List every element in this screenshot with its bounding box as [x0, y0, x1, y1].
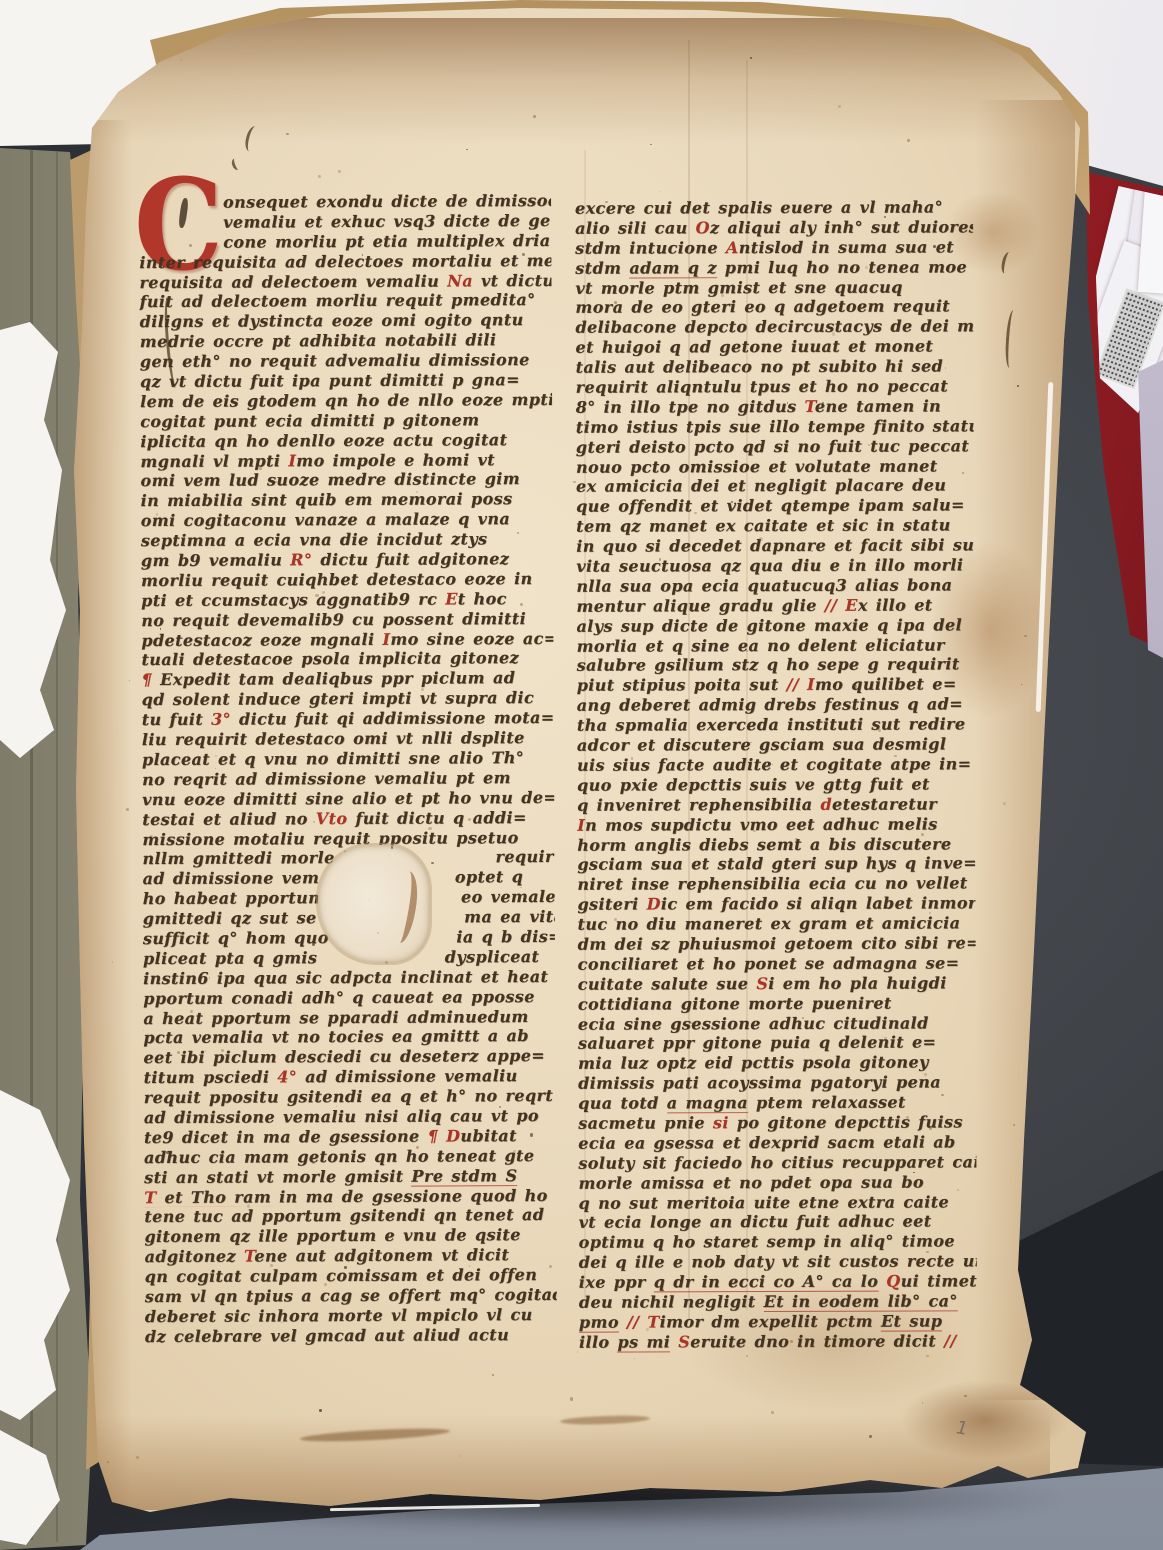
manuscript-line: liu requirit detestaco omi vt nlli dspli… [142, 728, 554, 750]
manuscript-line: requisita ad delectoem vemaliu Na vt dic… [139, 270, 551, 292]
foxing-speckle [421, 688, 424, 691]
manuscript-line: missione motaliu requit ppositu psetuo [142, 827, 554, 849]
foxing-speckle [401, 693, 404, 696]
manuscript-line: inter requisita ad delectoes mortaliu et… [139, 251, 551, 273]
foxing-speckle [921, 1205, 924, 1208]
manuscript-line: pportum conadi adh° q caueat ea pposse [143, 987, 555, 1009]
foxing-speckle [795, 838, 798, 841]
patch-brown-streak [387, 870, 422, 945]
manuscript-line: excere cui det spalis euere a vl maha° [575, 197, 973, 218]
foxing-speckle [941, 1094, 943, 1096]
manuscript-line: pmo // Timor dm expellit pctm Et sup [579, 1311, 977, 1332]
manuscript-line: qz vt dictu fuit ipa punt dimitti p gna= [140, 370, 552, 392]
manuscript-line: iplicita qn ho denllo eoze actu cogitat [140, 430, 552, 452]
manuscript-line: tha spmalia exerceda instituti sut redir… [577, 714, 975, 735]
manuscript-line: deu nichil negligit Et in eodem lib° ca° [579, 1291, 977, 1312]
foxing-speckle [921, 833, 924, 836]
foxing-speckle [166, 1151, 169, 1154]
manuscript-line: tem qz manet ex caitate et sic in statu [576, 516, 974, 537]
foxing-speckle [573, 481, 576, 484]
manuscript-line: cogitat punt ecia dimitti p gitonem [140, 410, 552, 432]
foxing-speckle [933, 245, 936, 248]
manuscript-line: niret inse rephensibilia ecia cu no vell… [577, 874, 975, 895]
manuscript-line: stdm adam q z pmi luq ho no tenea moe [575, 257, 973, 278]
manuscript-line: horm anglis diebs semt a bis discutere [577, 834, 975, 855]
foxing-speckle [530, 1133, 533, 1136]
foxing-speckle [425, 338, 428, 341]
foxing-speckle [679, 1159, 680, 1160]
manuscript-line: mgnali vl mpti Imo impole e homi vt [140, 450, 552, 472]
manuscript-line: lem de eis gtodem qn ho de nllo eoze mpt… [140, 390, 552, 412]
manuscript-line: morle amissa et no pdet opa sua bo [578, 1172, 976, 1193]
foxing-speckle [344, 1266, 347, 1269]
manuscript-line: salubre gsilium stz q ho sepe g requirit [577, 655, 975, 676]
manuscript-line: instin6 ipa qua sic adpcta inclinat et h… [143, 967, 555, 989]
manuscript-line: tu fuit 3° dictu fuit qi addimissione mo… [142, 708, 554, 730]
foxing-speckle [497, 242, 500, 245]
foxing-speckle [929, 1127, 932, 1130]
foxing-speckle [650, 144, 651, 145]
manuscript-line: deberet sic inhora morte vl mpiclo vl cu [145, 1305, 557, 1327]
manuscript-line: medrie occre pt adhibita notabili dili [140, 330, 552, 352]
foxing-speckle [416, 491, 417, 492]
foxing-speckle [457, 877, 460, 880]
foxing-speckle [428, 827, 431, 830]
manuscript-line: placeat et q vnu no dimitti sne alio Th° [142, 748, 554, 770]
manuscript-line: vt morle ptm gmist et sne quacuq [575, 277, 973, 298]
ink-squiggle [1000, 251, 1014, 275]
foxing-speckle [469, 1265, 470, 1266]
foxing-speckle [259, 467, 262, 470]
foxing-speckle [362, 254, 364, 256]
foxing-speckle [313, 821, 315, 823]
foxing-speckle [961, 939, 963, 941]
manuscript-line: diligns et dystincta eoze omi ogito qntu [140, 310, 552, 332]
foxing-speckle [926, 1355, 928, 1357]
manuscript-line: 8° in illo tpe no gitdus Tene tamen in [576, 396, 974, 417]
manuscript-line: alio sili cau Oz aliqui aly inh° sut dui… [575, 217, 973, 238]
manuscript-line: conciliaret et ho ponet se admagna se= [578, 953, 976, 974]
manuscript-line: T et Tho ram in ma de gsessione quod ho [144, 1185, 556, 1207]
foxing-speckle [869, 1435, 872, 1438]
manuscript-line: tuali detestacoe psola implicita gitonez [141, 648, 553, 670]
manuscript-line: pcta vemalia vt no tocies ea gmittt a ab [143, 1026, 555, 1048]
foxing-speckle [513, 1150, 516, 1153]
manuscript-line: morliu requit cuiqhbet detestaco eoze in [141, 569, 553, 591]
foxing-speckle [522, 1121, 523, 1122]
manuscript-line: ex amicicia dei et negligit placare deu [576, 476, 974, 497]
text-column-left: onsequet exondu dicte de dimissoevemaliu… [139, 191, 557, 1347]
foxing-speckle [1003, 802, 1006, 805]
manuscript-line: cuitate salute sue Si em ho pla huigdi [578, 973, 976, 994]
foxing-speckle [338, 170, 340, 172]
manuscript-line: vemaliu et exhuc vsq3 dicte de ge= [139, 211, 551, 233]
foxing-speckle [894, 755, 897, 758]
foxing-speckle [312, 1161, 315, 1164]
foxing-speckle [319, 1409, 322, 1412]
manuscript-line: mia luz optz eid pcttis psola gitoney [578, 1053, 976, 1074]
foxing-speckle [209, 977, 210, 978]
foxing-speckle [750, 57, 752, 59]
foxing-speckle [143, 1030, 144, 1031]
foxing-speckle [833, 467, 836, 470]
manuscript-line: no requit devemalib9 cu possent dimitti [141, 609, 553, 631]
manuscript-line: adcor et discutere gsciam sua desmigl [577, 734, 975, 755]
foxing-speckle [533, 115, 536, 118]
manuscript-line: qn cogitat culpam comissam et dei offen [145, 1265, 557, 1287]
manuscript-line: et huigoi q ad getone iuuat et monet [575, 337, 973, 358]
photo-scene: C onsequet exondu dicte de dimissoevemal… [0, 0, 1163, 1550]
manuscript-line: requirit aliqntulu tpus et ho no peccat [576, 376, 974, 397]
foxing-speckle [336, 1106, 337, 1107]
manuscript-line: vt ecia longe an dictu fuit adhuc eet [579, 1212, 977, 1233]
foxing-speckle [126, 808, 129, 811]
manuscript-line: in miabilia sint quib em memorai poss [141, 489, 553, 511]
manuscript-line: tene tuc ad pportum gsitendi qn tenet ad [144, 1205, 556, 1227]
manuscript-line: te9 dicet in ma de gsessione ¶ Dubitat [144, 1126, 556, 1148]
manuscript-line: cottidiana gitone morte pueniret [578, 993, 976, 1014]
manuscript-line: soluty sit faciedo ho citius recupparet … [578, 1152, 976, 1173]
manuscript-line: ecia ea gsessa et dexprid sacm etali ab [578, 1132, 976, 1153]
foxing-speckle [325, 755, 327, 757]
right-edge-shading [975, 100, 1075, 1400]
foxing-speckle [247, 1204, 250, 1207]
foxing-speckle [772, 764, 773, 765]
manuscript-line: dimissis pati acoyssima pgatoryi pena [578, 1072, 976, 1093]
manuscript-line: septimna a ecia vna die incidut ztys [141, 529, 553, 551]
manuscript-line: omi vem lud suoze medre distincte gim [140, 469, 552, 491]
manuscript-line: gen eth° no requit advemaliu dimissione [140, 350, 552, 372]
foxing-speckle [964, 1395, 967, 1398]
foxing-speckle [962, 472, 964, 474]
manuscript-line: ¶ Expedit tam dealiqbus ppr piclum ad [141, 668, 553, 690]
manuscript-line: adgitonez Tene aut adgitonem vt dicit [145, 1245, 557, 1267]
foxing-speckle [865, 266, 868, 269]
foxing-speckle [1013, 1124, 1015, 1126]
manuscript-line: nlla sua opa ecia quatucuq3 alias bona [576, 575, 974, 596]
foxing-speckle [787, 402, 789, 404]
foxing-speckle [215, 755, 217, 757]
manuscript-line: no reqrit ad dimissione vemaliu pt em [142, 768, 554, 790]
top-edge-stain [80, 18, 1080, 143]
manuscript-line: morlia et q sine ea no delent eliciatur [577, 635, 975, 656]
manuscript-line: omi cogitaconu vanaze a malaze q vna [141, 509, 553, 531]
manuscript-line: timo istius tpis sue illo tempe finito s… [576, 416, 974, 437]
foxing-speckle [129, 680, 130, 681]
foxing-speckle [391, 846, 394, 849]
foxing-speckle [759, 537, 762, 540]
foxing-speckle [286, 133, 288, 135]
foxing-speckle [367, 741, 370, 744]
foxing-speckle [832, 332, 835, 335]
manuscript-line: stdm intucione Antislod in suma sua et [575, 237, 973, 258]
foxing-speckle [466, 149, 467, 150]
foxing-speckle [838, 105, 841, 108]
manuscript-line: delibacone depcto decircustacys de dei m… [575, 317, 973, 338]
foxing-speckle [704, 566, 706, 568]
foxing-speckle [549, 1265, 552, 1268]
manuscript-line: testai et aliud no Vto fuit dictu q addi… [142, 808, 554, 830]
manuscript-line: cone morliu pt etia multiplex dria [139, 231, 551, 253]
bottom-streak [560, 1414, 650, 1425]
manuscript-line: ecia sine gsessione adhuc citudinald [578, 1013, 976, 1034]
foxing-speckle [924, 1073, 927, 1076]
foxing-speckle [468, 818, 471, 821]
manuscript-line: pti et ccumstacys aggnatib9 rc Et hoc [141, 589, 553, 611]
manuscript-line: mentur alique gradu glie // Ex illo et [576, 595, 974, 616]
manuscript-line: talis aut delibeaco no pt subito hi sed [576, 356, 974, 377]
foxing-speckle [112, 961, 113, 962]
foxing-speckle [659, 191, 660, 192]
foxing-speckle [926, 1251, 929, 1254]
manuscript-line: ixe ppr q dr in ecci co A° ca lo Qui tim… [579, 1271, 977, 1292]
foxing-speckle [771, 1411, 774, 1414]
text-column-right: excere cui det spalis euere a vl maha°al… [575, 197, 977, 1352]
foxing-speckle [854, 685, 857, 688]
foxing-speckle [1021, 684, 1022, 685]
manuscript-line: In mos supdictu vmo eet adhuc melis [577, 814, 975, 835]
foxing-speckle [1024, 635, 1027, 638]
manuscript-line: sam vl qn tpius a cag se offert mq° cogi… [145, 1285, 557, 1307]
manuscript-line: piut stipius poita sut // Imo quilibet e… [577, 675, 975, 696]
foxing-speckle [1017, 385, 1019, 387]
manuscript-line: vita seuctuosa qz qua diu e in illo morl… [576, 555, 974, 576]
manuscript-line: q no sut meritoia uite etne extra caite [578, 1192, 976, 1213]
foxing-speckle [811, 550, 813, 552]
manuscript-line: gm b9 vemaliu R° dictu fuit adgitonez [141, 549, 553, 571]
manuscript-line: illo ps mi Seruite dno in timore dicit /… [579, 1331, 977, 1352]
foxing-speckle [922, 1402, 923, 1403]
manuscript-page: C onsequet exondu dicte de dimissoevemal… [0, 0, 1163, 1550]
manuscript-line: saluaret ppr gitone puia q delenit e= [578, 1033, 976, 1054]
bottom-streak [300, 1426, 450, 1444]
foxing-speckle [416, 1146, 419, 1149]
manuscript-line: tuc no diu maneret ex gram et amicicia [577, 913, 975, 934]
foxing-speckle [318, 175, 321, 178]
foxing-speckle [634, 1358, 635, 1359]
manuscript-line: qd solent induce gteri impti vt supra di… [142, 688, 554, 710]
manuscript-line: ad dimissione vemaliu nisi aliq cau vt p… [144, 1106, 556, 1128]
manuscript-line: que offendit et videt qtempe ipam salu= [576, 496, 974, 517]
ink-squiggle [230, 157, 243, 171]
foxing-speckle [721, 294, 724, 297]
manuscript-line: qua totd a magna ptem relaxasset [578, 1092, 976, 1113]
manuscript-line: onsequet exondu dicte de dimissoe [139, 191, 551, 213]
manuscript-line: adhuc cia mam getonis qn ho teneat gte [144, 1146, 556, 1168]
ink-squiggle [1004, 310, 1019, 369]
foxing-speckle [217, 1331, 218, 1332]
foxing-speckle [385, 961, 388, 964]
foxing-speckle [506, 220, 507, 221]
foxing-speckle [247, 224, 249, 226]
foxing-speckle [222, 1137, 224, 1139]
foxing-speckle [248, 257, 249, 258]
manuscript-line: optimu q ho staret semp in aliq° timoe [579, 1232, 977, 1253]
manuscript-line: q inveniret rephensibilia detestaretur [577, 794, 975, 815]
foxing-speckle [368, 900, 369, 901]
manuscript-line: in quo si decedet dapnare et facit sibi … [576, 535, 974, 556]
foxing-speckle [275, 481, 277, 483]
foxing-speckle [605, 201, 607, 203]
board-crease-line [56, 152, 58, 1542]
manuscript-line: gitonem qz ille pportum e vnu de qsite [144, 1225, 556, 1247]
foxing-speckle [520, 603, 523, 606]
manuscript-line: sacmetu pnie si po gitone depcttis fuiss [578, 1112, 976, 1133]
foxing-speckle [492, 1374, 494, 1376]
foxing-speckle [107, 1461, 109, 1463]
foxing-speckle [614, 301, 616, 303]
manuscript-line: alys sup dicte de gitone maxie q ipa del [576, 615, 974, 636]
manuscript-line: dm dei sz phuiusmoi getoem cito sibi re= [578, 933, 976, 954]
manuscript-line: titum psciedi 4° ad dimissione vemaliu [144, 1066, 556, 1088]
foxing-speckle [249, 422, 251, 424]
foxing-speckle [880, 448, 882, 450]
foxing-speckle [746, 650, 748, 652]
manuscript-line: fuit ad delectoem morliu requit pmedita° [140, 290, 552, 312]
foxing-speckle [181, 59, 183, 61]
foxing-speckle [499, 1106, 501, 1108]
foxing-speckle [270, 1264, 272, 1266]
manuscript-line: ang deberet admig drebs festinus q ad= [577, 695, 975, 716]
foxing-speckle [570, 1397, 573, 1400]
manuscript-line: pdetestacoz eoze mgnali Imo sine eoze ac… [141, 629, 553, 651]
manuscript-line: gsiteri Dic em facido si aliqn labet inm… [577, 893, 975, 914]
manuscript-line: gsciam sua et stald gteri sup hys q inve… [577, 854, 975, 875]
manuscript-line: uis sius facte audite et cogitate atpe i… [577, 754, 975, 775]
manuscript-line: a heat pportum se pparadi adminuedum [143, 1006, 555, 1028]
manuscript-line: requit ppositu gsitendi ea q et h° no re… [144, 1086, 556, 1108]
foxing-speckle [884, 1037, 887, 1040]
manuscript-line: nouo pcto omissioe et volutate manet [576, 456, 974, 477]
ink-squiggle [243, 125, 262, 153]
manuscript-line: sti an stati vt morle gmisit Pre stdm S [144, 1166, 556, 1188]
foxing-speckle [746, 1355, 748, 1357]
manuscript-line: mora de eo gteri eo q adgetoem requit [575, 297, 973, 318]
foxing-speckle [221, 1049, 224, 1052]
foxing-speckle [322, 591, 325, 594]
foxing-speckle [578, 432, 580, 434]
foxing-speckle [440, 1157, 442, 1159]
manuscript-line: vnu eoze dimitti sine alio et pt ho vnu … [142, 788, 554, 810]
foxing-speckle [844, 723, 847, 726]
manuscript-line: quo pxie depcttis suis ve gttg fuit et [577, 774, 975, 795]
foxing-speckle [460, 1455, 462, 1457]
foxing-speckle [431, 862, 433, 864]
foxing-speckle [906, 1116, 909, 1119]
foxing-speckle [136, 1456, 139, 1459]
foxing-speckle [170, 837, 172, 839]
foxing-speckle [907, 139, 910, 142]
manuscript-line: dei q ille e nob daty vt sit custos rect… [579, 1252, 977, 1273]
foxing-speckle [802, 1017, 804, 1019]
manuscript-line: dz celebrare vel gmcad aut aliud actu [145, 1325, 557, 1347]
foxing-speckle [315, 594, 318, 597]
repair-patch-hole [318, 845, 430, 963]
folio-number-pencil: 1 [953, 1417, 971, 1439]
manuscript-line: gteri deisto pcto qd si no fuit tuc pecc… [576, 436, 974, 457]
